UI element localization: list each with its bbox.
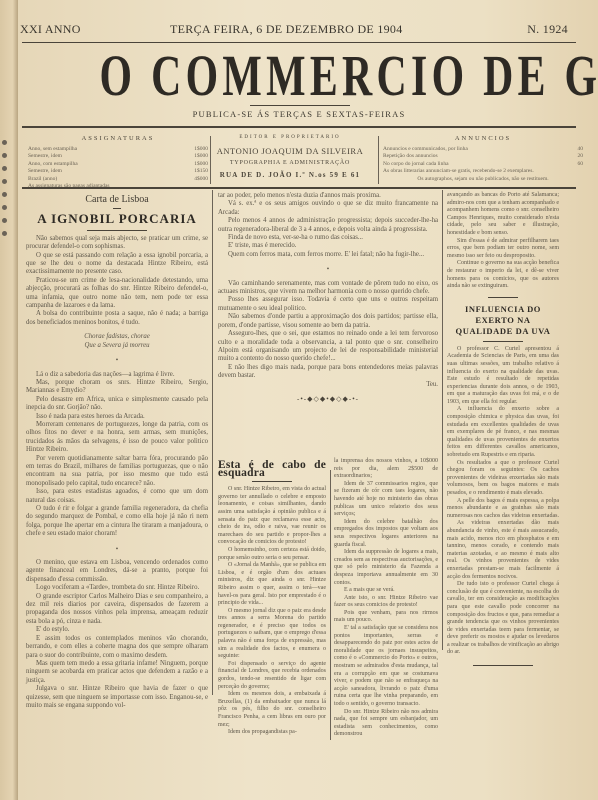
masthead-title: O COMMERCIO DE GUIMARÃES xyxy=(100,46,499,106)
ads-title: ANNUNCIOS xyxy=(383,135,583,143)
article-cabo-continued: la imprensa dos nossos vinhos, a 10$000 … xyxy=(334,458,438,739)
paragraph: O grande escriptor Carlos Malheiro Dias … xyxy=(26,593,208,627)
paragraph: E' tal a satisfação que se considera nos… xyxy=(334,625,438,709)
price-row: Semestre, idem1$000 xyxy=(28,153,208,161)
separator xyxy=(488,297,518,298)
column-divider xyxy=(330,470,331,740)
paragraph: Idem do celebre batalhão dos empregados … xyxy=(334,519,438,549)
paragraph: O snr. Hintze Ribeiro, em vista do actua… xyxy=(218,486,326,547)
paragraph: Os resultados a que o professor Curtel c… xyxy=(447,460,559,498)
paragraph: A bolsa do contribuinte posta a saque, n… xyxy=(26,310,208,327)
divider xyxy=(210,136,211,184)
paragraph: A pelle dos bagos é mais espessa, a polp… xyxy=(447,498,559,521)
paragraph: O «Jornal da Manhã», que se publica em L… xyxy=(218,562,326,608)
ornament-divider: -•-◆◇◆•◆◇◆-•- xyxy=(218,395,438,403)
publisher-dept: TYPOGRAPHIA E ADMINISTRAÇÃO xyxy=(215,160,365,166)
price-row: Anno, com estampilha1$000 xyxy=(28,161,208,169)
paragraph: Lá o diz a sabedoria das nações—a lagrim… xyxy=(26,371,208,379)
paragraph: E' do estylo. xyxy=(26,626,208,634)
paragraph: O mesmo jornal diz que o paiz era desde … xyxy=(218,608,326,661)
ads-note: Os autographos, sejam ou não publicados,… xyxy=(383,176,583,184)
article-headline: Esta é de cabo de esquadra xyxy=(218,462,326,477)
info-rule xyxy=(22,187,576,189)
paragraph: Vá s. ex.ª e os seus amigos ouvindo o qu… xyxy=(218,200,438,217)
paragraph: Por verem quotidianamente saltar barra f… xyxy=(26,455,208,489)
verse: Chorae fadistas, chorae Que a Severa já … xyxy=(26,333,208,350)
publisher-address: RUA DE D. JOÃO I.º N.os 59 E 61 xyxy=(215,171,365,179)
price-row: Anno, sem estampilha1$000 xyxy=(28,146,208,154)
article-column-four: avançando as bancas do Porto até Salaman… xyxy=(447,192,559,674)
paragraph: E não lhes digo mais nada, porque para b… xyxy=(218,364,438,381)
paragraph: Idem de 37 commissarios regios, que se f… xyxy=(334,481,438,519)
paragraph: As videiras enxertadas dão mais abundanc… xyxy=(447,520,559,581)
paragraph: Do snr. Hintze Ribeiro não nos admira na… xyxy=(334,709,438,739)
ads-note: As obras litterarias annunciam-se gratis… xyxy=(383,168,583,176)
paragraph: Finda de novo esta, ver-se-ha o rumo das… xyxy=(218,234,438,242)
separator xyxy=(87,230,147,231)
binding-holes xyxy=(2,140,8,244)
paragraph: Vão caminhando serenamente, mas com vont… xyxy=(218,280,438,297)
paragraph: O menino, que estava em Lisboa, vencendo… xyxy=(26,559,208,584)
paragraph: O tudo é rir e folgar a grande familia r… xyxy=(26,505,208,539)
paragraph: Idem os mesmos dois, a embaixada á Bruxe… xyxy=(218,691,326,729)
column-divider xyxy=(442,190,443,650)
paragraph: Continue o governo na sua acção benefica… xyxy=(447,260,559,290)
article-kicker: Carta de Lisboa xyxy=(26,196,208,204)
paragraph: Morreram centenares de portuguezes, long… xyxy=(26,421,208,455)
price-row: No corpo do jornal cada linha60 xyxy=(383,161,583,169)
paragraph: Pois que venham, para nos rirmos mais um… xyxy=(334,610,438,625)
paragraph: Idem da suppressão de logares a mais, cr… xyxy=(334,549,438,587)
subscriptions-box: ASSIGNATURAS Anno, sem estampilha1$000 S… xyxy=(28,135,208,185)
paragraph: Praticou-se um crime de lesa-nacionalida… xyxy=(26,277,208,311)
paragraph: Pelo menos 4 annos de administração prog… xyxy=(218,217,438,234)
section-mark: • xyxy=(218,265,438,273)
price-row: Semestre, idem1$150 xyxy=(28,168,208,176)
paragraph: Idem dos propagandistas pa- xyxy=(218,729,326,737)
header-rule xyxy=(22,126,576,128)
paragraph: Ante isto, o snr. Hintze Ribeiro vae faz… xyxy=(334,595,438,610)
paragraph: De tudo isto o professor Curtel chega á … xyxy=(447,581,559,657)
separator xyxy=(113,208,121,209)
paragraph: O que se está passando com relação a ess… xyxy=(26,252,208,277)
publisher-box: EDITOR E PROPRIETARIO ANTONIO JOAQUIM DA… xyxy=(215,135,365,179)
article-carta-continued: tar ao poder, pelo menos n'esta duzia d'… xyxy=(218,192,438,409)
divider xyxy=(378,136,379,184)
paragraph: Mas quem tem medo a essa gritaria infame… xyxy=(26,660,208,685)
paragraph: tar ao poder, pelo menos n'esta duzia d'… xyxy=(218,192,438,200)
article-carta-de-lisboa: Carta de Lisboa A IGNOBIL PORCARIA Não s… xyxy=(26,192,208,710)
price-row: Annuncios e communicados, por linha40 xyxy=(383,146,583,154)
dateline: XXI ANNO TERÇA FEIRA, 6 DE DEZEMBRO DE 1… xyxy=(10,22,588,40)
paragraph: la imprensa dos nossos vinhos, a 10$000 … xyxy=(334,458,438,481)
ads-box: ANNUNCIOS Annuncios e communicados, por … xyxy=(383,135,583,185)
paragraph: Quem com ferros mata, com ferros morre. … xyxy=(218,251,438,259)
article-cabo-de-esquadra: Esta é de cabo de esquadra O snr. Hintze… xyxy=(218,458,326,737)
date-label: TERÇA FEIRA, 6 DE DEZEMBRO DE 1904 xyxy=(170,22,403,37)
section-mark: • xyxy=(26,545,208,553)
paragraph: Isso, para estes estadistas agoados, é c… xyxy=(26,488,208,505)
subscriptions-title: ASSIGNATURAS xyxy=(28,135,208,143)
article-headline: A IGNOBIL PORCARIA xyxy=(26,215,208,223)
paragraph: Posso lhes assegurar isso. Todavia é cer… xyxy=(218,296,438,313)
paragraph: O professor C. Curtel apresentou á Acade… xyxy=(447,346,559,407)
paragraph: Logo vociferam a «Tarde», trombeta do sn… xyxy=(26,584,208,592)
paragraph: E' triste, mas é merecido. xyxy=(218,242,438,250)
masthead-subtitle: PUBLICA-SE ÁS TERÇAS E SEXTAS-FEIRAS xyxy=(0,109,598,119)
paragraph: Não sabemos qual seja mais abjecto, se p… xyxy=(26,235,208,252)
year-label: XXI ANNO xyxy=(20,22,81,37)
paragraph: Julgava o snr. Hintze Ribeiro que havia … xyxy=(26,685,208,710)
publisher-label: EDITOR E PROPRIETARIO xyxy=(215,135,365,140)
end-rule xyxy=(473,665,533,666)
price-row: Brazil (anno)4$000 xyxy=(28,176,208,184)
article-headline: INFLUENCIA DO EXERTO NA QUALIDADE DA UVA xyxy=(447,304,559,337)
paragraph: avançando as bancas do Porto até Salaman… xyxy=(447,192,559,238)
paragraph: Foi dispensado o serviço do agente finan… xyxy=(218,661,326,691)
price-row: Repetição dos annuncios20 xyxy=(383,153,583,161)
separator xyxy=(252,481,292,482)
paragraph: Pelo desastre em Africa, unica e simples… xyxy=(26,396,208,413)
issue-number: N. 1924 xyxy=(527,22,568,37)
paragraph: Mas, porque choram os snrs. Hintze Ribei… xyxy=(26,379,208,396)
section-mark: • xyxy=(26,356,208,364)
paragraph: O homemsinho, com certeza está doido, po… xyxy=(218,547,326,562)
column-divider xyxy=(212,190,213,695)
paragraph: A influencia do enxerto sobre a composiç… xyxy=(447,406,559,459)
paragraph: E assim todos os contemplados meninos vã… xyxy=(26,635,208,660)
paragraph: E a mais que se verá. xyxy=(334,587,438,595)
paragraph: Não sabemos d'onde partiu a approximação… xyxy=(218,313,438,330)
separator xyxy=(483,341,523,342)
paragraph: Asseguro-lhes, que o sei, que estamos no… xyxy=(218,330,438,364)
publisher-name: ANTONIO JOAQUIM DA SILVEIRA xyxy=(215,146,365,156)
paragraph: Sim d'essas é de admirar perfilharem tae… xyxy=(447,238,559,261)
masthead-underline xyxy=(250,105,350,106)
book-spine xyxy=(0,0,18,800)
signature: Teu. xyxy=(218,381,438,389)
paragraph: Isso é nada para estes heroes da Arcada. xyxy=(26,413,208,421)
